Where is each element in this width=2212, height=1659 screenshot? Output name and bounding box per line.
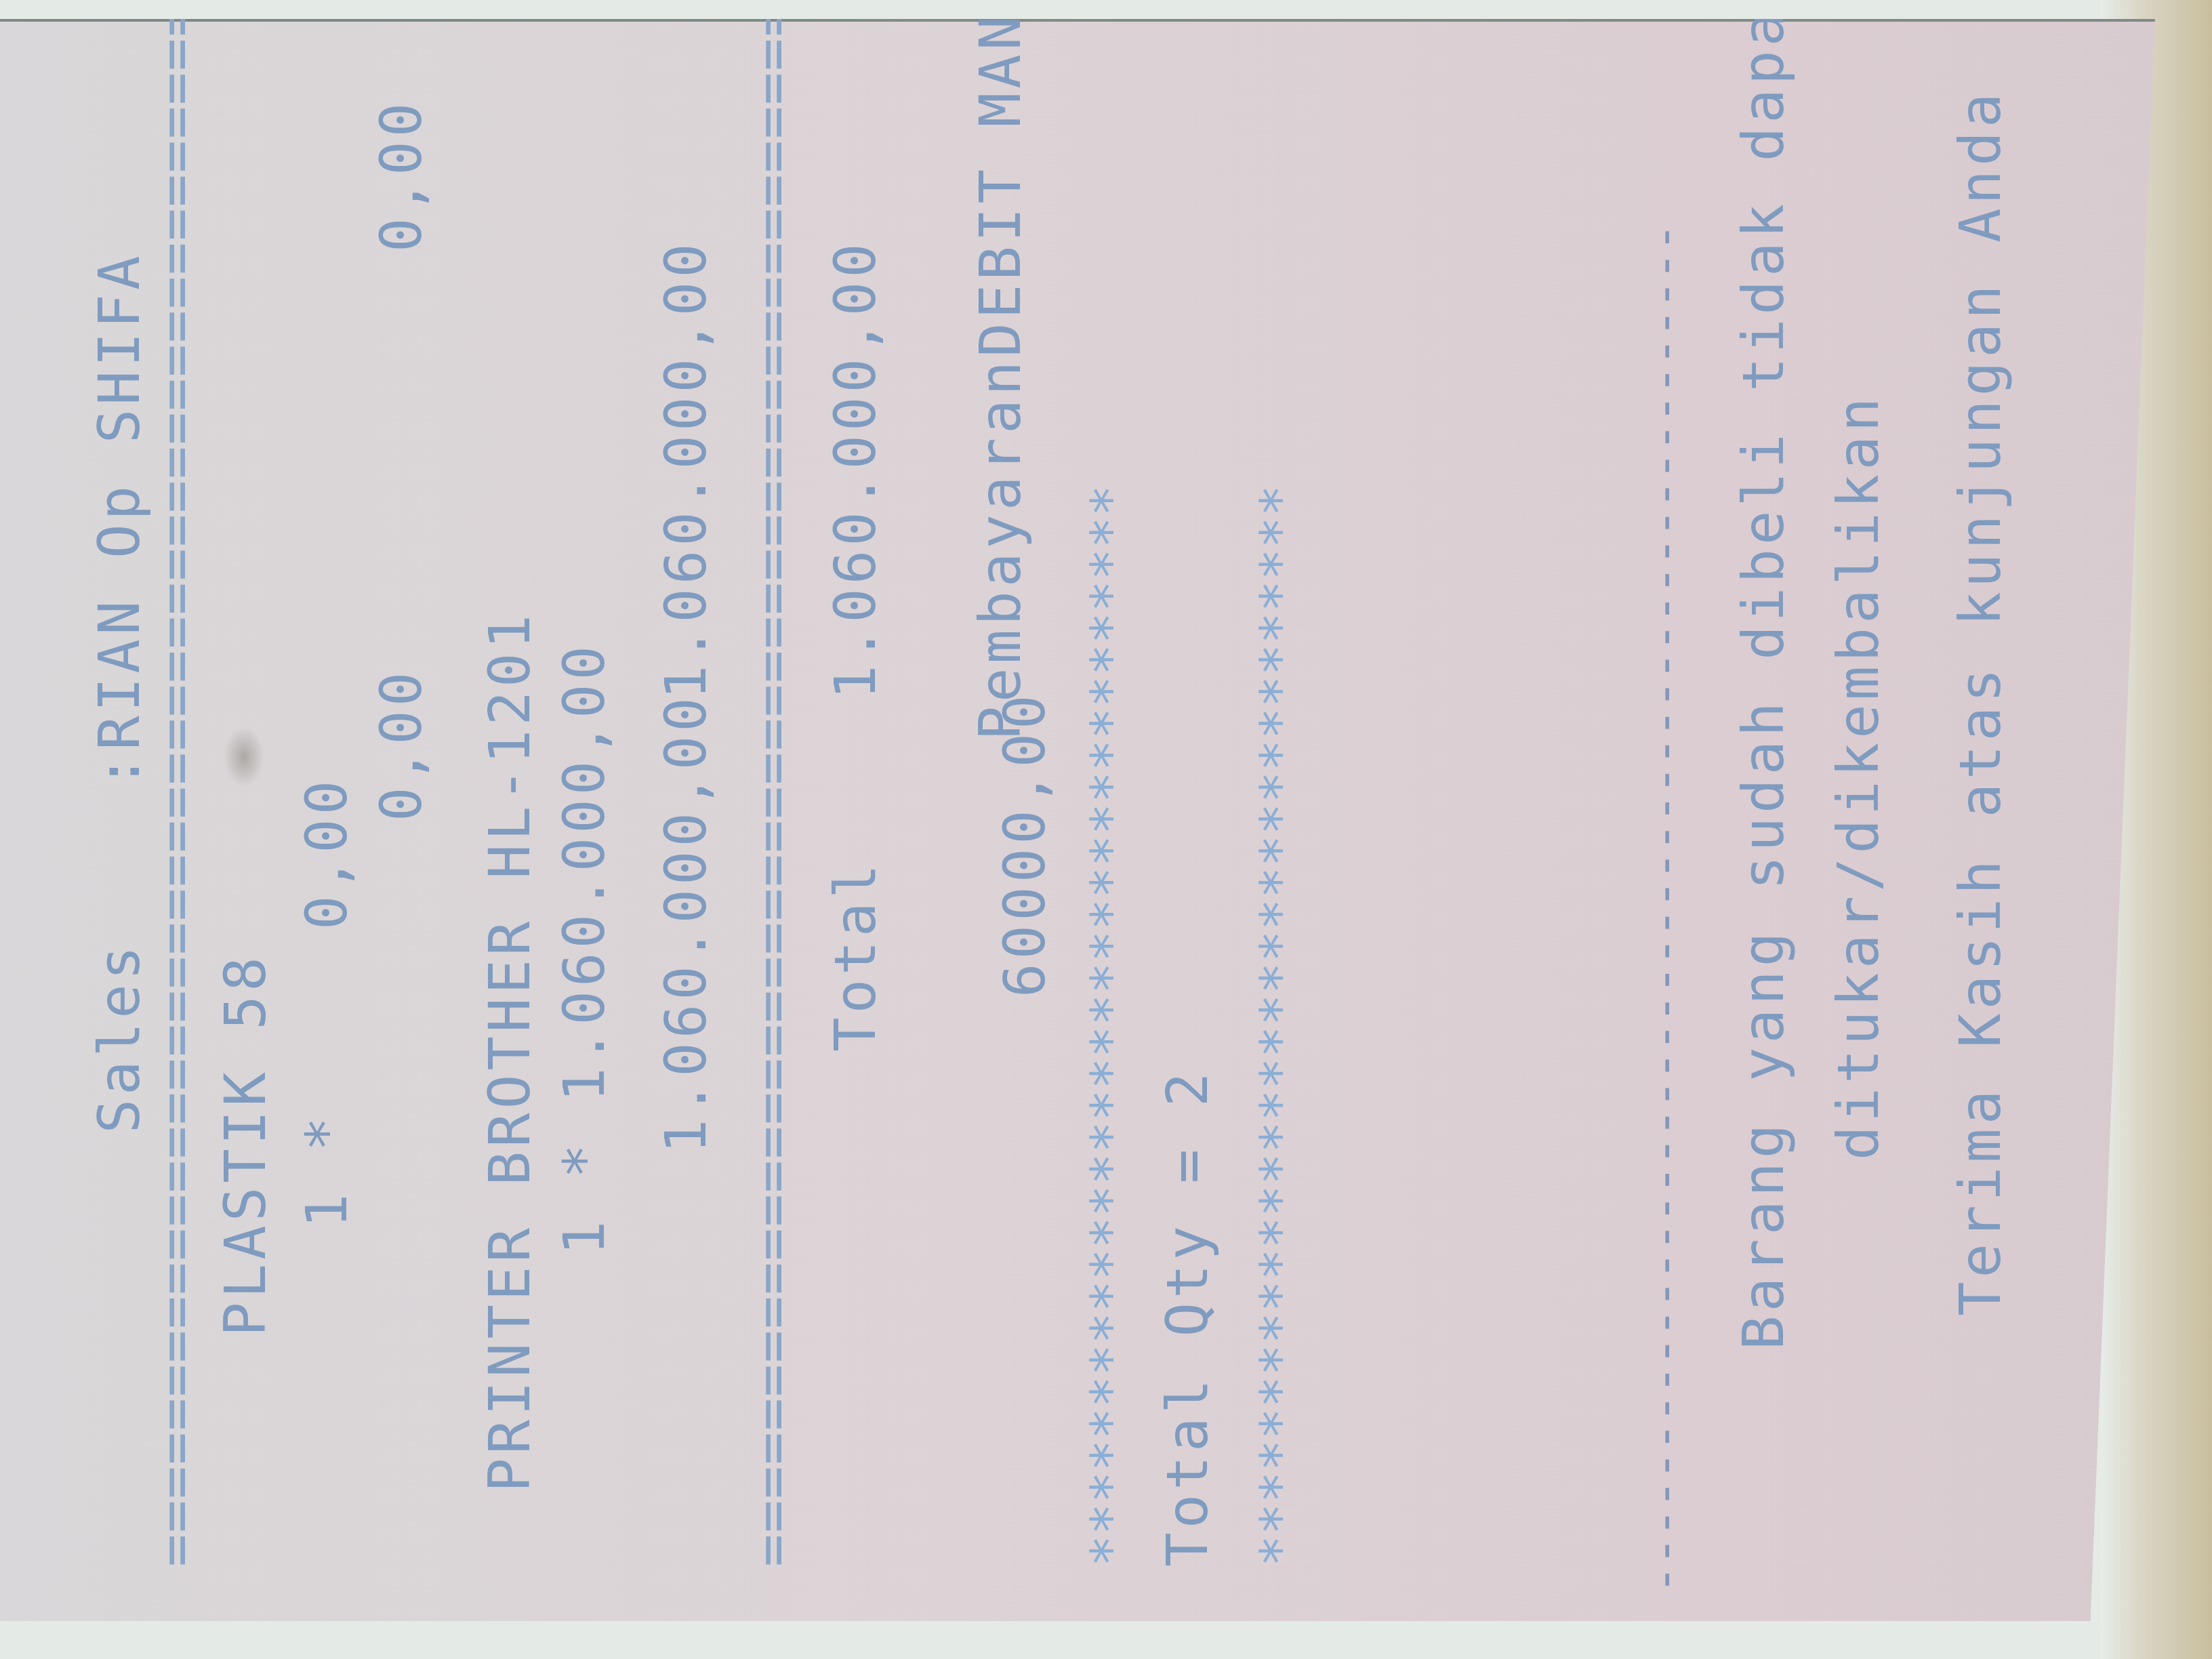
thank-you-message: Terima Kasih atas kunjungan Anda xyxy=(1952,89,2009,1316)
separator-dash: ----------------------------------------… xyxy=(1640,223,1687,1594)
item-unit-price: 0,00 xyxy=(298,777,355,930)
payment-amount: 60000,00 xyxy=(996,691,1053,998)
item-subtotal-right: 0,00 xyxy=(373,99,430,252)
separator-middle: ========================================… xyxy=(745,0,800,1567)
item-subtotal-left: 1.060.000,00 xyxy=(657,693,714,1153)
sales-value: :RIAN Op SHIFA xyxy=(86,251,152,788)
sales-label: Sales xyxy=(86,942,152,1134)
item-subtotal-right: 1.060.000,00 xyxy=(657,239,714,699)
item-subtotal-left: 0,00 xyxy=(373,668,430,821)
separator-top: ========================================… xyxy=(149,0,203,1567)
receipt-paper: Sales :RIAN Op SHIFA ===================… xyxy=(0,19,2155,1621)
star-separator: ********************************** xyxy=(1084,485,1137,1567)
total-value: 1.060.000,00 xyxy=(827,239,884,699)
notice-line-1: Barang yang sudah dibeli tidak dapat xyxy=(1735,0,1792,1350)
payment-label: Pembayaran xyxy=(967,357,1033,741)
star-separator: ********************************** xyxy=(1254,485,1307,1567)
item-qty: 1 * 1.060.000,00 xyxy=(556,642,613,1255)
item-name: PLASTIK 58 xyxy=(217,953,274,1336)
notice-line-2: ditukar/dikembalikan xyxy=(1830,394,1887,1160)
item-name: PRINTER BROTHER HL-1201 xyxy=(481,611,538,1492)
item-qty: 1 * xyxy=(298,1113,355,1228)
payment-value: DEBIT MANDIRI 10 xyxy=(967,0,1033,357)
total-label: Total xyxy=(827,860,884,1052)
total-qty: Total Qty = 2 xyxy=(1159,1069,1216,1567)
receipt-content: Sales :RIAN Op SHIFA ===================… xyxy=(14,8,2047,1607)
